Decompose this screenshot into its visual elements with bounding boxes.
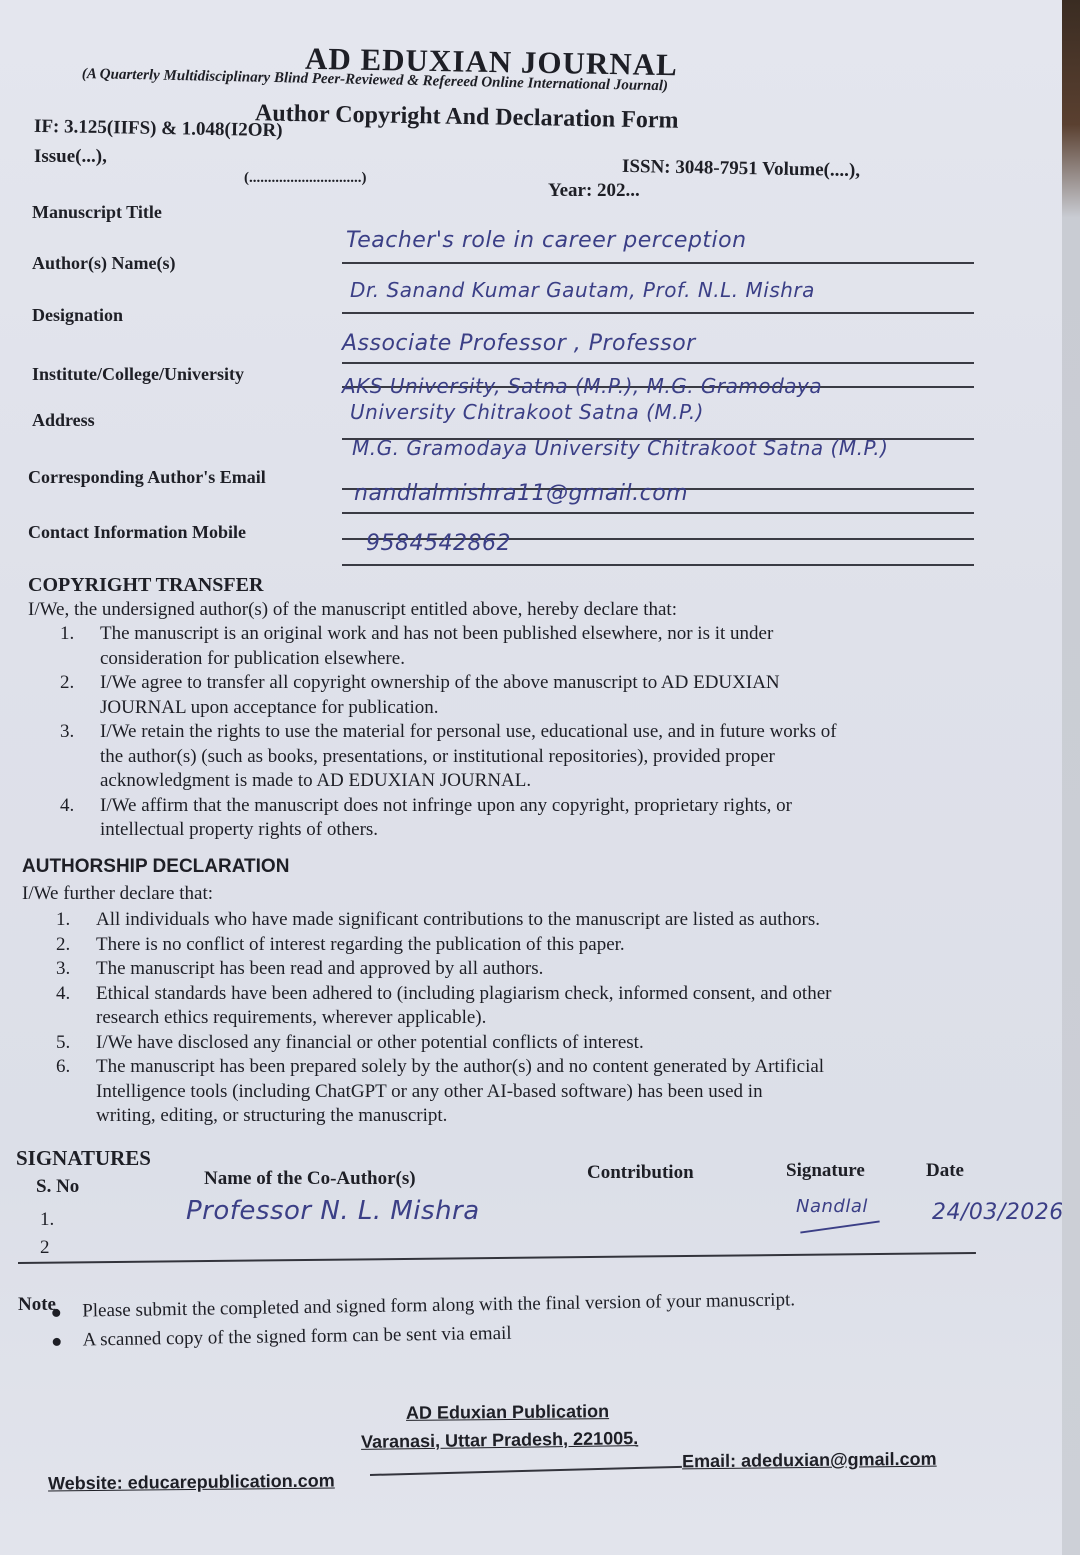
copyright-list: 1.The manuscript is an original work and… <box>60 622 837 843</box>
footer-website-link[interactable]: Website: educarepublication.com <box>48 1470 335 1494</box>
authors-value[interactable]: Dr. Sanand Kumar Gautam, Prof. N.L. Mish… <box>350 278 815 302</box>
email-label: Corresponding Author's Email <box>28 467 266 488</box>
form-title: Author Copyright And Declaration Form <box>255 100 679 134</box>
bullet-icon <box>52 1309 60 1317</box>
footer-email-link[interactable]: Email: adeduxian@gmail.com <box>682 1449 937 1473</box>
issn-volume: ISSN: 3048-7951 Volume(....), <box>622 156 860 182</box>
item-number: 2. <box>56 933 70 958</box>
item-text-line: consideration for publication elsewhere. <box>100 647 837 672</box>
col-date: Date <box>926 1160 964 1182</box>
item-number: 3. <box>56 957 70 982</box>
note-list: Please submit the completed and signed f… <box>52 1284 796 1353</box>
field-line <box>342 362 974 364</box>
authorship-item: 4.Ethical standards have been adhered to… <box>56 982 831 1031</box>
authorship-item: 3.The manuscript has been read and appro… <box>56 957 831 982</box>
publisher-address: Varanasi, Uttar Pradesh, 221005. <box>361 1428 638 1453</box>
authors-label: Author(s) Name(s) <box>32 253 175 274</box>
item-text-line: I/We retain the rights to use the materi… <box>100 720 837 745</box>
institute-label: Institute/College/University <box>32 364 244 385</box>
col-signature: Signature <box>786 1160 865 1182</box>
field-line <box>342 312 974 314</box>
item-text-line: I/We affirm that the manuscript does not… <box>100 794 837 819</box>
row-2-sno: 2 <box>40 1236 50 1261</box>
bullet-icon <box>53 1337 61 1345</box>
item-text-line: Ethical standards have been adhered to (… <box>96 982 831 1007</box>
authorship-item: 6.The manuscript has been prepared solel… <box>56 1055 831 1129</box>
authorship-item: 5.I/We have disclosed any financial or o… <box>56 1031 831 1056</box>
manuscript-title-label: Manuscript Title <box>32 202 162 223</box>
designation-label: Designation <box>32 305 123 326</box>
item-text-line: The manuscript has been read and approve… <box>96 957 831 982</box>
item-text-line: I/We agree to transfer all copyright own… <box>100 671 837 696</box>
signatures-heading: SIGNATURES <box>16 1146 151 1171</box>
item-text-line: acknowledgment is made to AD EDUXIAN JOU… <box>100 769 837 794</box>
copyright-item: 2.I/We agree to transfer all copyright o… <box>60 671 837 720</box>
copyright-intro: I/We, the undersigned author(s) of the m… <box>28 598 677 623</box>
item-text-line: There is no conflict of interest regardi… <box>96 933 831 958</box>
item-number: 3. <box>60 720 74 745</box>
address-value-line2[interactable]: M.G. Gramodaya University Chitrakoot Sat… <box>352 436 888 460</box>
copyright-item: 1.The manuscript is an original work and… <box>60 622 837 671</box>
copyright-item: 3.I/We retain the rights to use the mate… <box>60 720 837 794</box>
row-1-date[interactable]: 24/03/2026 <box>932 1200 1064 1225</box>
item-text-line: I/We have disclosed any financial or oth… <box>96 1031 831 1056</box>
year-field: Year: 202... <box>548 180 640 202</box>
item-text-line: All individuals who have made significan… <box>96 908 831 933</box>
address-label: Address <box>32 410 95 431</box>
institute-value[interactable]: AKS University, Satna (M.P.), M.G. Gramo… <box>342 374 822 398</box>
blank-field: (..............................) <box>244 170 367 187</box>
item-text-line: Intelligence tools (including ChatGPT or… <box>96 1080 831 1105</box>
item-number: 6. <box>56 1055 70 1080</box>
copyright-item: 4.I/We affirm that the manuscript does n… <box>60 794 837 843</box>
background-edge <box>1062 0 1080 1555</box>
impact-factor: IF: 3.125(IIFS) & 1.048(I2OR) <box>34 116 283 142</box>
copyright-heading: COPYRIGHT TRANSFER <box>28 574 263 597</box>
item-number: 2. <box>60 671 74 696</box>
item-number: 4. <box>60 794 74 819</box>
field-line <box>342 512 974 514</box>
authorship-item: 1.All individuals who have made signific… <box>56 908 831 933</box>
item-text-line: JOURNAL upon acceptance for publication. <box>100 696 837 721</box>
col-contribution: Contribution <box>587 1162 694 1184</box>
item-number: 1. <box>56 908 70 933</box>
row-1-sno: 1. <box>40 1208 54 1233</box>
email-value[interactable]: nandlalmishra11@gmail.com <box>354 481 688 506</box>
col-sno: S. No <box>36 1176 79 1198</box>
authorship-intro: I/We further declare that: <box>22 882 213 907</box>
authorship-heading: AUTHORSHIP DECLARATION <box>22 856 289 878</box>
item-text-line: The manuscript has been prepared solely … <box>96 1055 831 1080</box>
publisher-name: AD Eduxian Publication <box>406 1401 609 1424</box>
designation-value[interactable]: Associate Professor , Professor <box>342 331 696 356</box>
note-heading: Note <box>18 1294 56 1316</box>
item-text-line: writing, editing, or structuring the man… <box>96 1104 831 1129</box>
row-1-signature[interactable]: Nandlal <box>796 1196 868 1217</box>
authorship-list: 1.All individuals who have made signific… <box>56 908 831 1129</box>
item-text-line: research ethics requirements, wherever a… <box>96 1006 831 1031</box>
address-value-line1[interactable]: University Chitrakoot Satna (M.P.) <box>350 400 704 424</box>
signature-divider <box>18 1252 976 1264</box>
item-number: 1. <box>60 622 74 647</box>
field-line <box>342 262 974 264</box>
issue-field: Issue(...), <box>34 146 107 168</box>
mobile-value[interactable]: 9584542862 <box>366 531 511 556</box>
signature-stroke <box>800 1220 879 1233</box>
col-coauthor-name: Name of the Co-Author(s) <box>204 1168 416 1190</box>
item-text-line: the author(s) (such as books, presentati… <box>100 745 837 770</box>
item-number: 4. <box>56 982 70 1007</box>
item-text-line: intellectual property rights of others. <box>100 818 837 843</box>
mobile-label: Contact Information Mobile <box>28 522 246 543</box>
declaration-form-page: AD EDUXIAN JOURNAL (A Quarterly Multidis… <box>0 0 1062 1555</box>
footer-rule <box>370 1466 682 1476</box>
row-1-coauthor-name[interactable]: Professor N. L. Mishra <box>186 1196 480 1226</box>
item-number: 5. <box>56 1031 70 1056</box>
item-text-line: The manuscript is an original work and h… <box>100 622 837 647</box>
manuscript-title-value[interactable]: Teacher's role in career perception <box>346 228 747 253</box>
authorship-item: 2.There is no conflict of interest regar… <box>56 933 831 958</box>
field-line <box>342 564 974 566</box>
